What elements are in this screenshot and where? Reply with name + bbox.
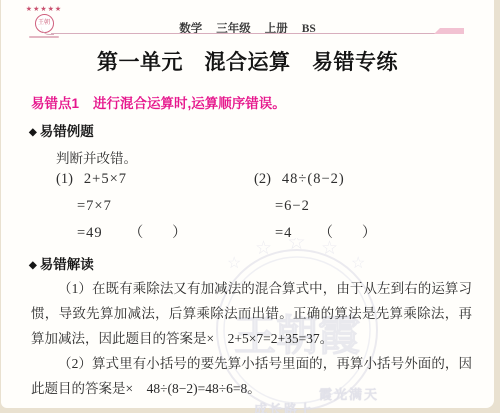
section-heading-interpretation-label: 易错解读 xyxy=(40,257,94,272)
diamond-bullet-icon: ◆ xyxy=(29,260,37,271)
problem-1-step-line: =7×7 xyxy=(56,193,187,220)
page-content: ★★★★★ 王朝霞 数学三年级上册BS 第一单元 混合运算 易错专练 易错点1进… xyxy=(1,0,494,408)
interpretation-paragraph-2: （2）算式里有小括号的要先算小括号里面的，再算小括号外面的，因此题目的答案是× … xyxy=(31,351,472,401)
problem-1-result: =49 xyxy=(77,220,103,247)
logo-stars-icon: ★★★★★ xyxy=(19,6,69,13)
problem-1-expression-line: (1)2+5×7 xyxy=(56,166,187,193)
book-page: ☆ ☆ ☆ ☆ ☆ ☆ ☆ 王朝霞 霞光满天 成长路上 ★★★★★ 王朝霞 数学… xyxy=(1,0,494,408)
header-rule xyxy=(51,33,464,34)
problem-1-step: =7×7 xyxy=(77,193,112,220)
problem-1-result-line: =49（ ） xyxy=(56,220,187,247)
section-heading-example-label: 易错例题 xyxy=(40,124,94,139)
problem-2: (2)48÷(8−2) =6−2 =4（ ） xyxy=(254,166,376,247)
problem-2-result-line: =4（ ） xyxy=(254,220,376,247)
problem-2-judge-brackets: （ ） xyxy=(318,225,376,241)
error-point-heading: 易错点1进行混合运算时,运算顺序错误。 xyxy=(31,92,286,112)
problem-2-expression-line: (2)48÷(8−2) xyxy=(254,166,376,193)
section-heading-interpretation: ◆易错解读 xyxy=(29,253,94,273)
problem-2-step-line: =6−2 xyxy=(254,193,376,220)
problem-1-judge-brackets: （ ） xyxy=(129,225,187,241)
problem-2-step: =6−2 xyxy=(275,193,310,220)
problem-1-expression: 2+5×7 xyxy=(84,171,127,187)
interpretation-paragraph-1: （1）在既有乘除法又有加减法的混合算式中，由于从左到右的运算习惯，导致先算加减法… xyxy=(31,276,472,351)
problem-2-expression: 48÷(8−2) xyxy=(282,171,345,187)
page-title: 第一单元 混合运算 易错专练 xyxy=(1,46,494,76)
error-point-description: 进行混合运算时,运算顺序错误。 xyxy=(93,96,286,111)
problem-1-number: (1) xyxy=(56,171,73,187)
logo-underline xyxy=(29,36,59,38)
section-heading-example: ◆易错例题 xyxy=(29,120,94,140)
problem-2-number: (2) xyxy=(254,171,271,187)
error-point-label: 易错点1 xyxy=(31,96,79,111)
problem-2-result: =4 xyxy=(275,220,292,247)
problem-1: (1)2+5×7 =7×7 =49（ ） xyxy=(56,166,187,247)
diamond-bullet-icon: ◆ xyxy=(29,127,37,138)
example-instruction: 判断并改错。 xyxy=(56,147,137,167)
